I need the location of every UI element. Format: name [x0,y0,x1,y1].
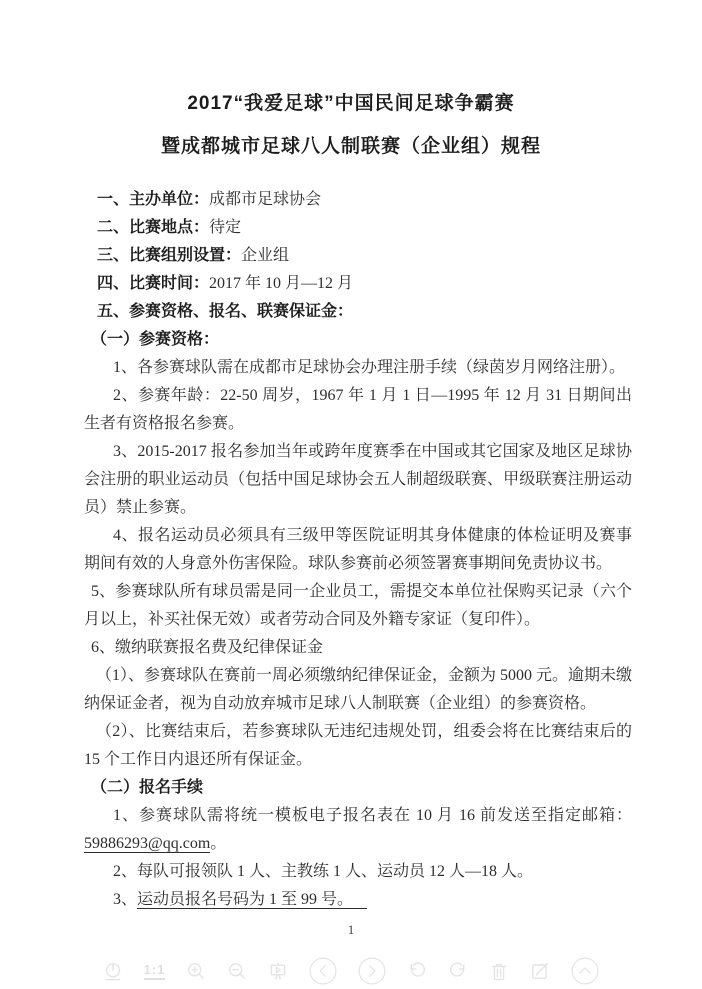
edit-pencil-icon [530,961,550,981]
zoom-out-button[interactable] [227,961,247,981]
viewer-toolbar: 1:1 [0,953,702,989]
sub2-item3: 3、运动员报名号码为 1 至 99 号。 [84,886,632,914]
zoom-in-icon [186,961,206,981]
page-number: 1 [0,922,702,938]
scroll-mode-button[interactable] [103,961,123,981]
actual-size-button[interactable]: 1:1 [144,963,166,980]
meta-label: 三、比赛组别设置： [97,247,241,264]
sub1-item3: 3、2015-2017 报名参加当年或跨年度赛季在中国或其它国家及地区足球协会注… [84,438,632,522]
trash-icon [489,961,509,981]
rotate-right-icon [448,961,468,981]
delete-button[interactable] [489,961,509,981]
email-link[interactable]: 59886293@qq.com [84,835,210,853]
sub1-item6-1: （1）、参赛球队在赛前一周必须缴纳纪律保证金，金额为 5000 元。逾期未缴纳保… [84,662,632,718]
sub1-item6-2: （2）、比赛结束后，若参赛球队无违纪违规处罚，组委会将在比赛结束后的 15 个工… [84,718,632,774]
prev-page-button[interactable] [309,957,337,985]
one-to-one-icon: 1:1 [144,963,166,980]
period: 。 [210,835,226,852]
sub2-item2: 2、每队可报领队 1 人、主教练 1 人、运动员 12 人—18 人。 [84,858,632,886]
item-number: 3、 [113,891,137,908]
section5-heading: 五、参赛资格、报名、联赛保证金： [84,298,632,326]
next-page-button[interactable] [358,957,386,985]
meta-value: 成都市足球协会 [209,191,321,208]
chevron-up-icon [571,957,599,985]
collapse-button[interactable] [571,957,599,985]
meta-time: 四、比赛时间：2017 年 10 月—12 月 [84,270,632,298]
doc-title-line1: 2017“我爱足球”中国民间足球争霸赛 [77,82,625,125]
sub2-item1-line1: 1、参赛球队需将统一模板电子报名表在 10 月 16 前发送至指定邮箱： [84,802,632,830]
sub1-item4: 4、报名运动员必须具有三级甲等医院证明其身体健康的体检证明及赛事期间有效的人身意… [84,522,632,578]
rotate-left-button[interactable] [407,961,427,981]
doc-body: 一、主办单位：成都市足球协会 二、比赛地点：待定 三、比赛组别设置：企业组 四、… [84,186,632,914]
sub2-item1-line2: 59886293@qq.com。 [84,830,632,858]
mouse-scroll-icon [103,961,123,981]
sub1-item5: 5、参赛球队所有球员需是同一企业员工，需提交本单位社保购买记录（六个月以上，补买… [84,578,632,634]
doc-title: 2017“我爱足球”中国民间足球争霸赛 暨成都城市足球八人制联赛（企业组）规程 [77,82,625,168]
meta-label: 二、比赛地点： [97,219,209,236]
chevron-right-icon [358,957,386,985]
chevron-left-icon [309,957,337,985]
presentation-button[interactable] [268,961,288,981]
meta-venue: 二、比赛地点：待定 [84,214,632,242]
meta-value: 待定 [209,219,241,236]
zoom-in-button[interactable] [186,961,206,981]
presentation-icon [268,961,288,981]
edit-button[interactable] [530,961,550,981]
sub2-heading: （二）报名手续 [84,774,632,802]
sub1-item6: 6、缴纳联赛报名费及纪律保证金 [84,634,632,662]
rotate-right-button[interactable] [448,961,468,981]
document-page: 2017“我爱足球”中国民间足球争霸赛 暨成都城市足球八人制联赛（企业组）规程 … [0,0,702,989]
meta-value: 2017 年 10 月—12 月 [209,275,353,292]
underlined-rule-text: 运动员报名号码为 1 至 99 号。 [137,891,367,909]
zoom-out-icon [227,961,247,981]
sub1-item2: 2、参赛年龄：22-50 周岁，1967 年 1 月 1 日—1995 年 12… [84,382,632,438]
sub1-item1: 1、各参赛球队需在成都市足球协会办理注册手续（绿茵岁月网络注册）。 [84,354,632,382]
rotate-left-icon [407,961,427,981]
meta-groups: 三、比赛组别设置：企业组 [84,242,632,270]
meta-label: 四、比赛时间： [97,275,209,292]
sub1-heading: （一）参赛资格： [84,326,632,354]
meta-label: 一、主办单位： [97,191,209,208]
doc-title-line2: 暨成都城市足球八人制联赛（企业组）规程 [77,125,625,168]
meta-value: 企业组 [241,247,289,264]
meta-host-unit: 一、主办单位：成都市足球协会 [84,186,632,214]
